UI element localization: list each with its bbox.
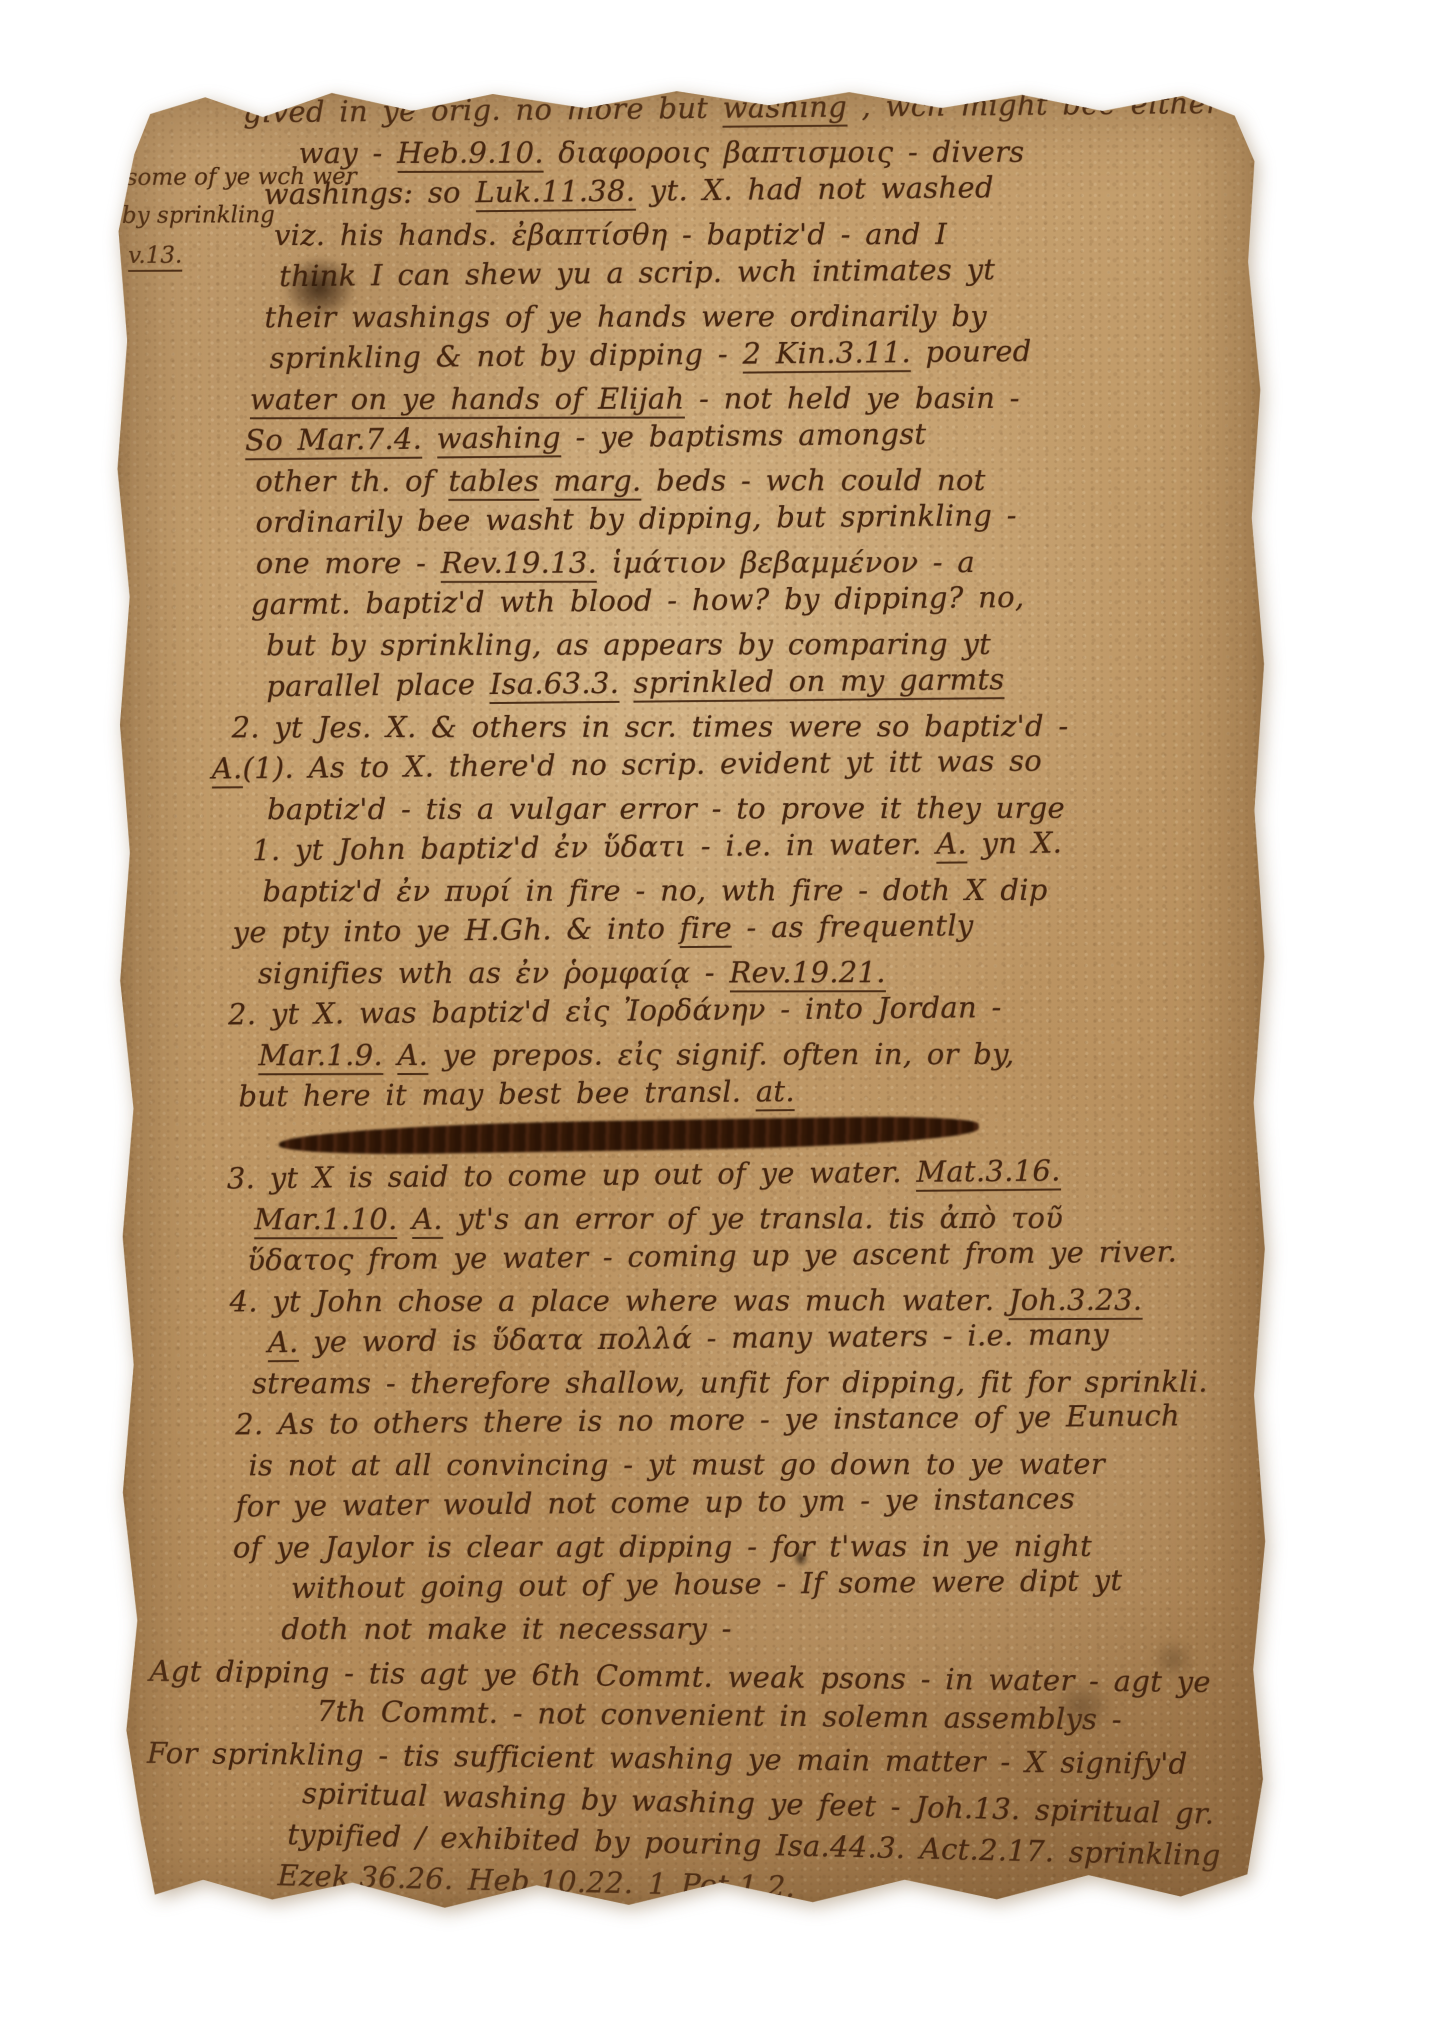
- underlined-text: Rev.19.13.: [441, 546, 597, 583]
- underlined-text: A.: [412, 1202, 443, 1239]
- manuscript-line: doth not make it necessary -: [281, 1607, 1271, 1650]
- manuscript-line: So Mar.7.4. washing - ye baptisms amongs…: [245, 411, 1265, 462]
- manuscript-line: ye pty into ye H.Gh. & into fire - as fr…: [232, 902, 1267, 953]
- underlined-text: A.: [936, 826, 967, 863]
- manuscript-line: 2. As to others there is no more - ye in…: [235, 1394, 1270, 1445]
- underlined-text: water on ye hands of Elijah: [250, 382, 685, 420]
- underlined-text: Mar.1.9.: [258, 1038, 383, 1075]
- manuscript-line: 2. yt X. was baptiz'd εἰς Ἰορδάνην - int…: [228, 984, 1268, 1035]
- manuscript-line: think I can shew yu a scrip. wch intimat…: [279, 247, 1264, 297]
- underlined-text: washing: [437, 420, 562, 458]
- manuscript-line: garmt. baptiz'd wth blood - how? by dipp…: [251, 575, 1266, 626]
- underlined-text: A.: [212, 751, 243, 788]
- margin-note: v.13.: [128, 243, 182, 272]
- underlined-text: washing: [723, 90, 848, 128]
- manuscript-line: 1. yt John baptiz'd ἐν ὕδατι - i.e. in w…: [252, 821, 1267, 872]
- manuscript-page: gived in ye orig. no more but washing , …: [113, 79, 1273, 1913]
- margin-note: some of ye wch wer: [126, 164, 357, 191]
- manuscript-line: parallel place Isa.63.3. sprinkled on my…: [266, 657, 1266, 708]
- underlined-text: A.: [268, 1325, 299, 1362]
- manuscript-line: for ye water would not come up to ym - y…: [235, 1476, 1270, 1527]
- manuscript-line: ordinarily bee washt by dipping, but spr…: [255, 493, 1265, 544]
- underlined-text: A.: [397, 1038, 428, 1075]
- underlined-text: fire: [680, 911, 733, 948]
- underlined-text: tables: [448, 464, 539, 501]
- underlined-text: So Mar.7.4.: [245, 422, 422, 461]
- aged-paper-sheet: gived in ye orig. no more but washing , …: [113, 79, 1273, 1913]
- underlined-text: 2 Kin.3.11.: [742, 335, 911, 374]
- underlined-text: Mar.1.10.: [254, 1202, 397, 1239]
- underlined-text: sprinkled on my garmts: [634, 662, 1005, 703]
- manuscript-line: 3. yt X is said to come up out of ye wat…: [227, 1148, 1269, 1199]
- manuscript-text: gived in ye orig. no more but washing , …: [113, 79, 1273, 1913]
- manuscript-line: 7th Commt. - not convenient in solemn as…: [317, 1691, 1272, 1742]
- margin-note: by sprinkling: [122, 202, 275, 229]
- underlined-text: Heb.9.10.: [397, 136, 544, 173]
- manuscript-line: washings: so Luk.11.38. yt. X. had not w…: [264, 165, 1264, 216]
- manuscript-line: A.(1). As to X. there'd no scrip. eviden…: [212, 738, 1267, 789]
- underlined-text: Luk.11.38.: [475, 174, 635, 213]
- manuscript-line: without going out of ye house - If some …: [291, 1559, 1271, 1609]
- underlined-text: at.: [756, 1074, 795, 1111]
- manuscript-line: but here it may best bee transl. at.: [238, 1066, 1268, 1117]
- underlined-text: marg.: [554, 464, 642, 501]
- underlined-text: Mat.3.16.: [916, 1153, 1061, 1191]
- manuscript-line: A. ye word is ὕδατα πολλά - many waters …: [268, 1313, 1270, 1364]
- underlined-text: Rev.19.21.: [729, 955, 885, 992]
- underlined-text: Isa.63.3.: [490, 666, 620, 704]
- manuscript-line: sprinkling & not by dipping - 2 Kin.3.11…: [269, 329, 1264, 380]
- manuscript-line: gived in ye orig. no more but washing , …: [243, 83, 1263, 134]
- manuscript-line: ὕδατος from ye water - coming up ye asce…: [247, 1231, 1269, 1282]
